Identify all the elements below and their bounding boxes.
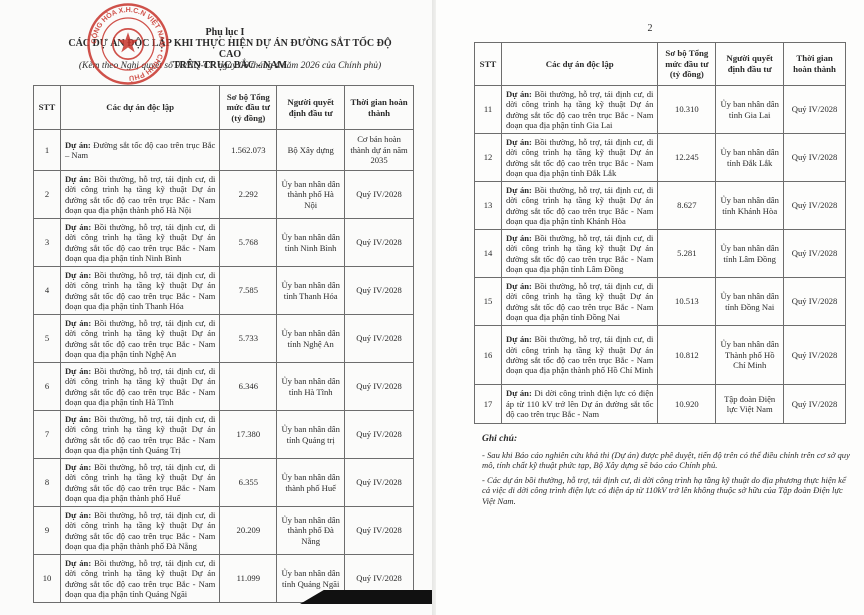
- cell-project: Dự án: Bồi thường, hỗ trợ, tái định cư, …: [501, 326, 657, 385]
- cell-project: Dự án: Bồi thường, hỗ trợ, tái định cư, …: [60, 267, 219, 315]
- cell-investment: 20.209: [220, 507, 277, 555]
- project-prefix: Dự án:: [506, 281, 532, 291]
- table-row: 1 Dự án: Đường sắt tốc độ cao trên trục …: [34, 130, 414, 171]
- project-prefix: Dự án:: [506, 185, 532, 195]
- project-prefix: Dự án:: [506, 89, 532, 99]
- cell-project: Dự án: Bồi thường, hỗ trợ, tái định cư, …: [60, 411, 219, 459]
- header-stt: STT: [34, 86, 61, 130]
- cell-stt: 6: [34, 363, 61, 411]
- cell-investment: 12.245: [658, 134, 716, 182]
- cell-project: Dự án: Bồi thường, hỗ trợ, tái định cư, …: [501, 182, 657, 230]
- cell-stt: 9: [34, 507, 61, 555]
- cell-completion: Quý IV/2028: [784, 86, 846, 134]
- project-prefix: Dự án:: [506, 388, 532, 398]
- cell-stt: 4: [34, 267, 61, 315]
- cell-investment: 2.292: [220, 171, 277, 219]
- cell-project: Dự án: Bồi thường, hỗ trợ, tái định cư, …: [60, 219, 219, 267]
- table-row: 5 Dự án: Bồi thường, hỗ trợ, tái định cư…: [34, 315, 414, 363]
- cell-completion: Quý IV/2028: [345, 411, 414, 459]
- table-row: 2 Dự án: Bồi thường, hỗ trợ, tái định cư…: [34, 171, 414, 219]
- table-row: 8 Dự án: Bồi thường, hỗ trợ, tái định cư…: [34, 459, 414, 507]
- cell-investment: 10.920: [658, 385, 716, 424]
- table-row: 12 Dự án: Bồi thường, hỗ trợ, tái định c…: [475, 134, 846, 182]
- cell-project: Dự án: Bồi thường, hỗ trợ, tái định cư, …: [501, 230, 657, 278]
- cell-completion: Quý IV/2028: [345, 507, 414, 555]
- project-prefix: Dự án:: [65, 366, 91, 376]
- cell-project: Dự án: Bồi thường, hỗ trợ, tái định cư, …: [60, 363, 219, 411]
- cell-decision-maker: Ủy ban nhân dân tỉnh Đồng Nai: [716, 278, 784, 326]
- cell-stt: 11: [475, 86, 502, 134]
- cell-stt: 12: [475, 134, 502, 182]
- cell-decision-maker: Ủy ban nhân dân thành phố Hà Nội: [277, 171, 345, 219]
- cell-investment: 6.355: [220, 459, 277, 507]
- cell-completion: Quý IV/2028: [784, 278, 846, 326]
- note-item: - Sau khi Báo cáo nghiên cứu khả thi (Dự…: [482, 450, 852, 471]
- page-number: 2: [436, 23, 864, 34]
- header-decision-maker: Người quyết định đầu tư: [716, 43, 784, 86]
- table-row: 17 Dự án: Di dời công trình điện lực có …: [475, 385, 846, 424]
- cell-stt: 8: [34, 459, 61, 507]
- project-prefix: Dự án:: [65, 414, 91, 424]
- cell-investment: 5.768: [220, 219, 277, 267]
- appendix-label: Phụ lục I: [155, 27, 295, 38]
- note-item: - Các dự án bồi thường, hỗ trợ, tái định…: [482, 475, 852, 507]
- header-investment: Sơ bộ Tổng mức đầu tư (tỷ đồng): [658, 43, 716, 86]
- cell-decision-maker: Ủy ban nhân dân tỉnh Lâm Đồng: [716, 230, 784, 278]
- cell-decision-maker: Ủy ban nhân dân tỉnh Nghệ An: [277, 315, 345, 363]
- projects-table-page-1: STT Các dự án độc lập Sơ bộ Tổng mức đầu…: [33, 85, 414, 603]
- cell-decision-maker: Ủy ban nhân dân tỉnh Đắk Lắk: [716, 134, 784, 182]
- cell-decision-maker: Ủy ban nhân dân tỉnh Khánh Hòa: [716, 182, 784, 230]
- cell-stt: 1: [34, 130, 61, 171]
- notes-title: Ghi chú:: [482, 434, 852, 445]
- cell-completion: Quý IV/2028: [345, 219, 414, 267]
- cell-investment: 7.585: [220, 267, 277, 315]
- table-row: 16 Dự án: Bồi thường, hỗ trợ, tái định c…: [475, 326, 846, 385]
- cell-completion: Cơ bản hoàn thành dự án năm 2035: [345, 130, 414, 171]
- cell-investment: 17.380: [220, 411, 277, 459]
- project-prefix: Dự án:: [65, 140, 91, 150]
- cell-project: Dự án: Bồi thường, hỗ trợ, tái định cư, …: [501, 86, 657, 134]
- header-completion: Thời gian hoàn thành: [784, 43, 846, 86]
- cell-project: Dự án: Bồi thường, hỗ trợ, tái định cư, …: [501, 278, 657, 326]
- cell-stt: 3: [34, 219, 61, 267]
- cell-investment: 10.513: [658, 278, 716, 326]
- cell-project: Dự án: Bồi thường, hỗ trợ, tái định cư, …: [60, 459, 219, 507]
- project-prefix: Dự án:: [65, 510, 91, 520]
- cell-completion: Quý IV/2028: [784, 385, 846, 424]
- table-header-row: STT Các dự án độc lập Sơ bộ Tổng mức đầu…: [34, 86, 414, 130]
- cell-decision-maker: Ủy ban nhân dân tỉnh Ninh Bình: [277, 219, 345, 267]
- table-row: 6 Dự án: Bồi thường, hỗ trợ, tái định cư…: [34, 363, 414, 411]
- cell-completion: Quý IV/2028: [345, 363, 414, 411]
- cell-decision-maker: Ủy ban nhân dân Thành phố Hồ Chí Minh: [716, 326, 784, 385]
- cell-investment: 11.099: [220, 555, 277, 603]
- project-prefix: Dự án:: [65, 462, 91, 472]
- cell-investment: 10.310: [658, 86, 716, 134]
- cell-stt: 2: [34, 171, 61, 219]
- cell-investment: 6.346: [220, 363, 277, 411]
- cell-stt: 13: [475, 182, 502, 230]
- cell-project: Dự án: Bồi thường, hỗ trợ, tái định cư, …: [60, 507, 219, 555]
- cell-decision-maker: Ủy ban nhân dân tỉnh Quảng trị: [277, 411, 345, 459]
- project-prefix: Dự án:: [506, 334, 532, 344]
- cell-decision-maker: Tập đoàn Điện lực Việt Nam: [716, 385, 784, 424]
- cell-completion: Quý IV/2028: [784, 326, 846, 385]
- cell-project: Dự án: Bồi thường, hỗ trợ, tái định cư, …: [501, 134, 657, 182]
- cell-decision-maker: Ủy ban nhân dân thành phố Huế: [277, 459, 345, 507]
- title-line-1: CÁC DỰ ÁN ĐỘC LẬP KHI THỰC HIỆN DỰ ÁN ĐƯ…: [60, 38, 400, 60]
- notes-section: Ghi chú: - Sau khi Báo cáo nghiên cứu kh…: [482, 434, 852, 511]
- project-prefix: Dự án:: [506, 137, 532, 147]
- cell-completion: Quý IV/2028: [345, 315, 414, 363]
- table-row: 11 Dự án: Bồi thường, hỗ trợ, tái định c…: [475, 86, 846, 134]
- cell-project: Dự án: Di dời công trình điện lực có điệ…: [501, 385, 657, 424]
- cell-project: Dự án: Bồi thường, hỗ trợ, tái định cư, …: [60, 315, 219, 363]
- cell-completion: Quý IV/2028: [784, 230, 846, 278]
- cell-decision-maker: Ủy ban nhân dân tỉnh Thanh Hóa: [277, 267, 345, 315]
- projects-table-page-2: STT Các dự án độc lập Sơ bộ Tổng mức đầu…: [474, 42, 846, 424]
- cell-project: Dự án: Đường sắt tốc độ cao trên trục Bắ…: [60, 130, 219, 171]
- cell-decision-maker: Ủy ban nhân dân tỉnh Gia Lai: [716, 86, 784, 134]
- cell-completion: Quý IV/2028: [345, 459, 414, 507]
- cell-investment: 5.733: [220, 315, 277, 363]
- project-prefix: Dự án:: [65, 270, 91, 280]
- cell-project: Dự án: Bồi thường, hỗ trợ, tái định cư, …: [60, 555, 219, 603]
- table-row: 14 Dự án: Bồi thường, hỗ trợ, tái định c…: [475, 230, 846, 278]
- table-row: 15 Dự án: Bồi thường, hỗ trợ, tái định c…: [475, 278, 846, 326]
- cell-decision-maker: Ủy ban nhân dân thành phố Đà Nẵng: [277, 507, 345, 555]
- cell-investment: 10.812: [658, 326, 716, 385]
- cell-stt: 10: [34, 555, 61, 603]
- project-prefix: Dự án:: [65, 558, 91, 568]
- project-prefix: Dự án:: [65, 174, 91, 184]
- table-row: 4 Dự án: Bồi thường, hỗ trợ, tái định cư…: [34, 267, 414, 315]
- cell-investment: 8.627: [658, 182, 716, 230]
- cell-completion: Quý IV/2028: [345, 267, 414, 315]
- header-project: Các dự án độc lập: [501, 43, 657, 86]
- cell-stt: 16: [475, 326, 502, 385]
- project-prefix: Dự án:: [65, 222, 91, 232]
- cell-stt: 15: [475, 278, 502, 326]
- cell-project: Dự án: Bồi thường, hỗ trợ, tái định cư, …: [60, 171, 219, 219]
- cell-completion: Quý IV/2028: [784, 134, 846, 182]
- table-row: 7 Dự án: Bồi thường, hỗ trợ, tái định cư…: [34, 411, 414, 459]
- table-header-row: STT Các dự án độc lập Sơ bộ Tổng mức đầu…: [475, 43, 846, 86]
- header-project: Các dự án độc lập: [60, 86, 219, 130]
- cell-stt: 14: [475, 230, 502, 278]
- cell-completion: Quý IV/2028: [345, 171, 414, 219]
- project-prefix: Dự án:: [506, 233, 532, 243]
- table-row: 9 Dự án: Bồi thường, hỗ trợ, tái định cư…: [34, 507, 414, 555]
- header-decision-maker: Người quyết định đầu tư: [277, 86, 345, 130]
- project-prefix: Dự án:: [65, 318, 91, 328]
- cell-completion: Quý IV/2028: [784, 182, 846, 230]
- cell-stt: 5: [34, 315, 61, 363]
- table-row: 3 Dự án: Bồi thường, hỗ trợ, tái định cư…: [34, 219, 414, 267]
- cell-decision-maker: Bộ Xây dựng: [277, 130, 345, 171]
- document-subtitle: (Kèm theo Nghị quyết số 98/NQ-CP ngày 06…: [60, 61, 400, 71]
- header-completion: Thời gian hoàn thành: [345, 86, 414, 130]
- cell-stt: 7: [34, 411, 61, 459]
- header-investment: Sơ bộ Tổng mức đầu tư (tỷ đồng): [220, 86, 277, 130]
- cell-investment: 5.281: [658, 230, 716, 278]
- cell-decision-maker: Ủy ban nhân dân tỉnh Hà Tĩnh: [277, 363, 345, 411]
- cell-stt: 17: [475, 385, 502, 424]
- cell-investment: 1.562.073: [220, 130, 277, 171]
- table-row: 13 Dự án: Bồi thường, hỗ trợ, tái định c…: [475, 182, 846, 230]
- header-stt: STT: [475, 43, 502, 86]
